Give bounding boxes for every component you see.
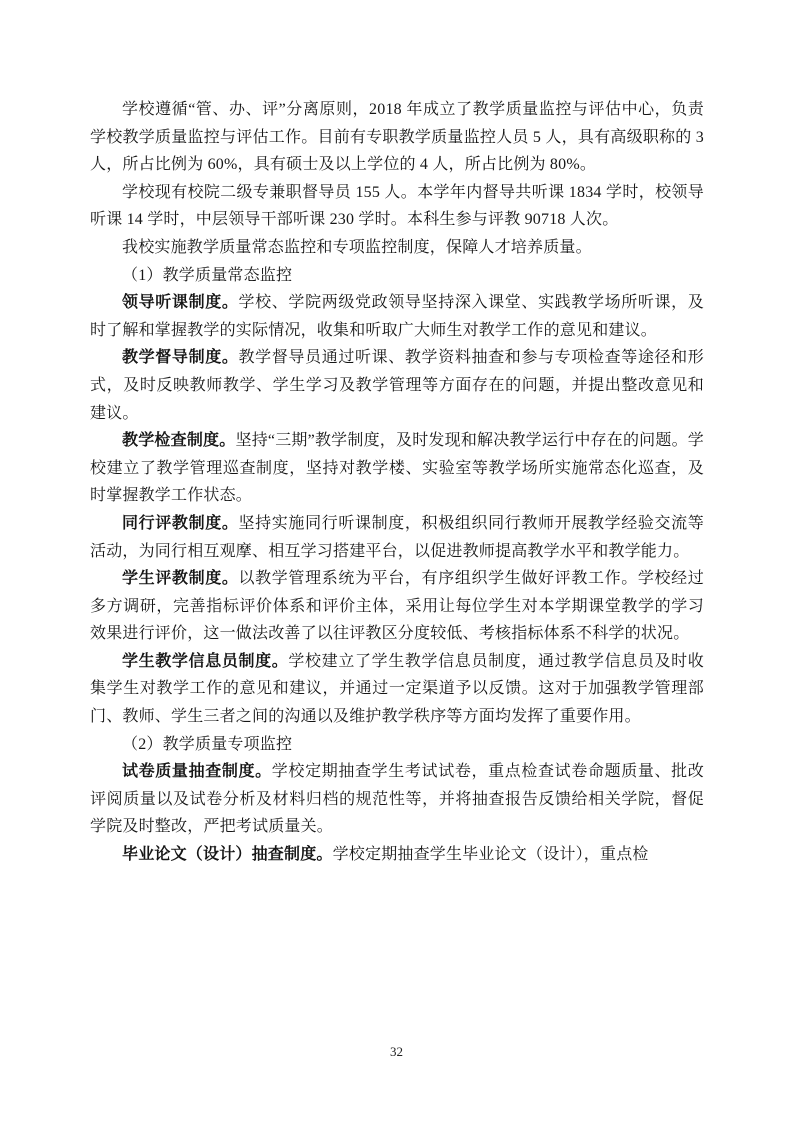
paragraph-text: 学校定期抽查学生毕业论文（设计），重点检 <box>333 846 649 863</box>
document-page: 学校遵循“管、办、评”分离原则，2018 年成立了教学质量监控与评估中心，负责学… <box>0 0 793 1122</box>
paragraph-lead: 学生教学信息员制度。 <box>122 653 288 670</box>
paragraph: 学生评教制度。以教学管理系统为平台，有序组织学生做好评教工作。学校经过多方调研，… <box>90 565 704 648</box>
paragraph: 同行评教制度。坚持实施同行听课制度，积极组织同行教师开展教学经验交流等活动，为同… <box>90 510 704 565</box>
paragraph: 教学督导制度。教学督导员通过听课、教学资料抽查和参与专项检查等途径和形式，及时反… <box>90 344 704 427</box>
paragraph-lead: 学生评教制度。 <box>122 570 239 587</box>
paragraph: 学校现有校院二级专兼职督导员 155 人。本学年内督导共听课 1834 学时，校… <box>90 179 704 234</box>
paragraph: 学校遵循“管、办、评”分离原则，2018 年成立了教学质量监控与评估中心，负责学… <box>90 96 704 179</box>
paragraph-lead: 领导听课制度。 <box>122 294 239 311</box>
paragraph-lead: 毕业论文（设计）抽查制度。 <box>122 846 333 863</box>
page-number: 32 <box>0 1044 793 1060</box>
document-body: 学校遵循“管、办、评”分离原则，2018 年成立了教学质量监控与评估中心，负责学… <box>90 96 704 869</box>
paragraph-lead: 教学督导制度。 <box>122 349 239 366</box>
paragraph-text: 我校实施教学质量常态监控和专项监控制度，保障人才培养质量。 <box>122 239 592 256</box>
paragraph-text: （1）教学质量常态监控 <box>122 267 292 284</box>
paragraph: 学生教学信息员制度。学校建立了学生教学信息员制度，通过教学信息员及时收集学生对教… <box>90 648 704 731</box>
section-heading: （1）教学质量常态监控 <box>90 262 704 290</box>
paragraph: 我校实施教学质量常态监控和专项监控制度，保障人才培养质量。 <box>90 234 704 262</box>
paragraph-text: 学校遵循“管、办、评”分离原则，2018 年成立了教学质量监控与评估中心，负责学… <box>90 101 704 173</box>
section-heading: （2）教学质量专项监控 <box>90 731 704 759</box>
paragraph: 毕业论文（设计）抽查制度。学校定期抽查学生毕业论文（设计），重点检 <box>90 841 704 869</box>
paragraph-lead: 同行评教制度。 <box>122 515 239 532</box>
paragraph: 领导听课制度。学校、学院两级党政领导坚持深入课堂、实践教学场所听课，及时了解和掌… <box>90 289 704 344</box>
paragraph-text: 学校现有校院二级专兼职督导员 155 人。本学年内督导共听课 1834 学时，校… <box>90 184 704 229</box>
paragraph-text: （2）教学质量专项监控 <box>122 736 292 753</box>
paragraph: 试卷质量抽查制度。学校定期抽查学生考试试卷，重点检查试卷命题质量、批改评阅质量以… <box>90 758 704 841</box>
paragraph-lead: 教学检查制度。 <box>122 432 235 449</box>
paragraph: 教学检查制度。坚持“三期”教学制度，及时发现和解决教学运行中存在的问题。学校建立… <box>90 427 704 510</box>
paragraph-lead: 试卷质量抽查制度。 <box>122 763 272 780</box>
